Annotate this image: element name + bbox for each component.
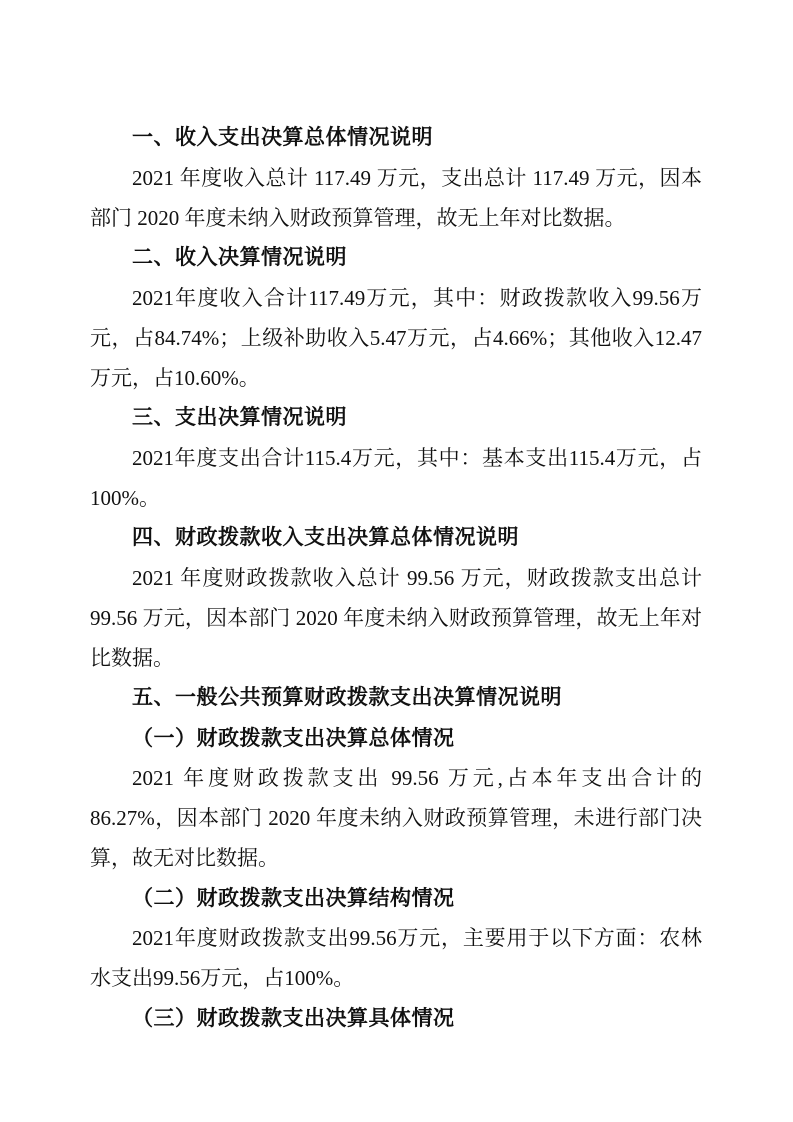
section-paragraph-13: 2021年度财政拨款支出99.56万元，主要用于以下方面：农林水支出99.56万… <box>90 918 702 998</box>
section-paragraph-6: 2021年度支出合计115.4万元，其中：基本支出115.4万元，占100%。 <box>90 438 702 518</box>
document-page: 一、收入支出决算总体情况说明2021 年度收入总计 117.49 万元，支出总计… <box>0 0 793 1122</box>
section-paragraph-8: 2021 年度财政拨款收入总计 99.56 万元，财政拨款支出总计 99.56 … <box>90 558 702 678</box>
section-paragraph-2: 2021 年度收入总计 117.49 万元，支出总计 117.49 万元，因本部… <box>90 158 702 238</box>
section-heading-9: 五、一般公共预算财政拨款支出决算情况说明 <box>90 678 702 718</box>
section-subheading-14: （三）财政拨款支出决算具体情况 <box>90 998 702 1038</box>
section-heading-5: 三、支出决算情况说明 <box>90 398 702 438</box>
section-heading-3: 二、收入决算情况说明 <box>90 238 702 278</box>
section-heading-7: 四、财政拨款收入支出决算总体情况说明 <box>90 518 702 558</box>
section-paragraph-11: 2021 年度财政拨款支出 99.56 万元,占本年支出合计的 86.27%，因… <box>90 758 702 878</box>
section-subheading-12: （二）财政拨款支出决算结构情况 <box>90 878 702 918</box>
section-subheading-10: （一）财政拨款支出决算总体情况 <box>90 718 702 758</box>
document-content: 一、收入支出决算总体情况说明2021 年度收入总计 117.49 万元，支出总计… <box>90 0 702 1038</box>
section-heading-1: 一、收入支出决算总体情况说明 <box>90 118 702 158</box>
section-paragraph-4: 2021年度收入合计117.49万元，其中：财政拨款收入99.56万元，占84.… <box>90 278 702 398</box>
